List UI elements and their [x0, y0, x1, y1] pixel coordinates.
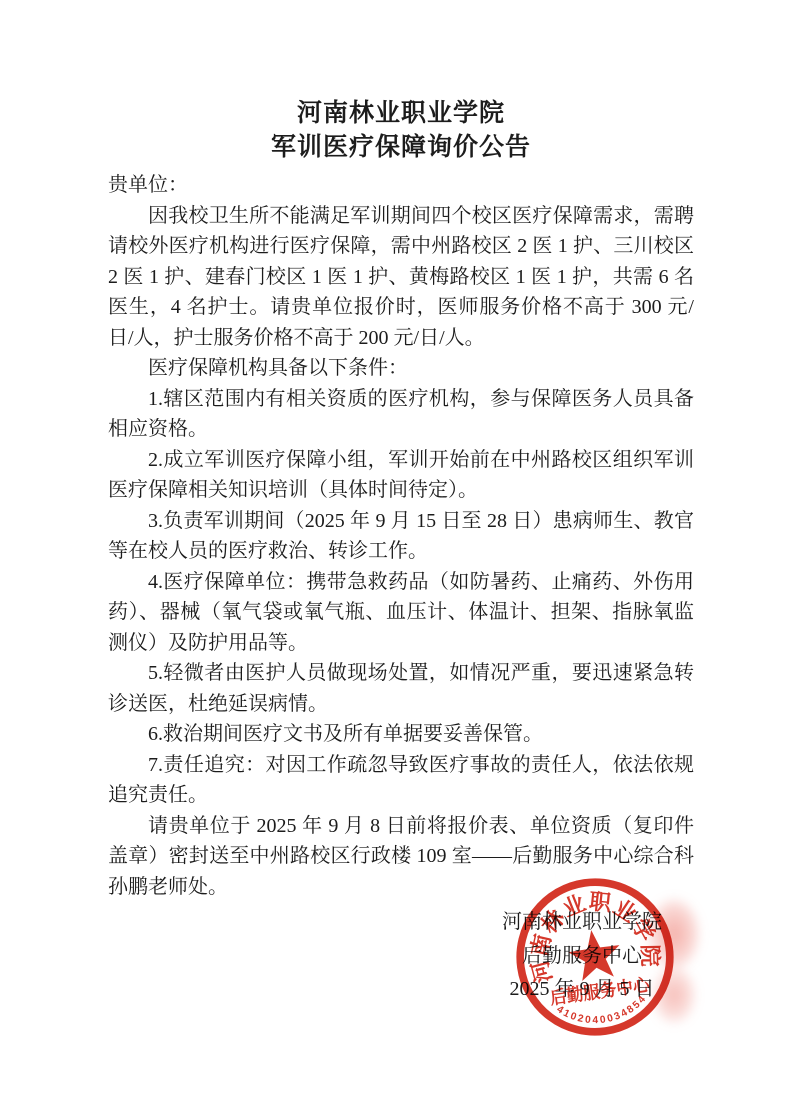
paragraph-6: 4.医疗保障单位：携带急救药品（如防暑药、止痛药、外伤用药）、器械（氧气袋或氧气…	[108, 567, 694, 659]
paragraph-8: 6.救治期间医疗文书及所有单据要妥善保管。	[108, 719, 694, 750]
document-body: 贵单位： 因我校卫生所不能满足军训期间四个校区医疗保障需求，需聘请校外医疗机构进…	[108, 170, 694, 902]
signature-dept: 后勤服务中心	[482, 940, 682, 974]
paragraph-1: 因我校卫生所不能满足军训期间四个校区医疗保障需求，需聘请校外医疗机构进行医疗保障…	[108, 201, 694, 354]
paragraph-4: 2.成立军训医疗保障小组，军训开始前在中州路校区组织军训医疗保障相关知识培训（具…	[108, 445, 694, 506]
paragraph-9: 7.责任追究：对因工作疏忽导致医疗事故的责任人，依法依规追究责任。	[108, 750, 694, 811]
signature-block: 河南林业职业学院 后勤服务中心 2025 年 9 月 5 日	[482, 906, 682, 1007]
document-page: 河南林业职业学院 军训医疗保障询价公告 贵单位： 因我校卫生所不能满足军训期间四…	[0, 0, 794, 1107]
salutation: 贵单位：	[108, 170, 694, 201]
signature-org: 河南林业职业学院	[482, 906, 682, 940]
document-title: 河南林业职业学院 军训医疗保障询价公告	[108, 0, 694, 165]
signature-date: 2025 年 9 月 5 日	[482, 973, 682, 1007]
paragraph-10: 请贵单位于 2025 年 9 月 8 日前将报价表、单位资质（复印件盖章）密封送…	[108, 811, 694, 903]
title-line-1: 河南林业职业学院	[108, 97, 694, 131]
paragraph-3: 1.辖区范围内有相关资质的医疗机构，参与保障医务人员具备相应资格。	[108, 384, 694, 445]
paragraph-7: 5.轻微者由医护人员做现场处置，如情况严重，要迅速紧急转诊送医，杜绝延误病情。	[108, 658, 694, 719]
paragraph-5: 3.负责军训期间（2025 年 9 月 15 日至 28 日）患病师生、教官等在…	[108, 506, 694, 567]
title-line-2: 军训医疗保障询价公告	[108, 131, 694, 165]
paragraph-2: 医疗保障机构具备以下条件：	[108, 353, 694, 384]
